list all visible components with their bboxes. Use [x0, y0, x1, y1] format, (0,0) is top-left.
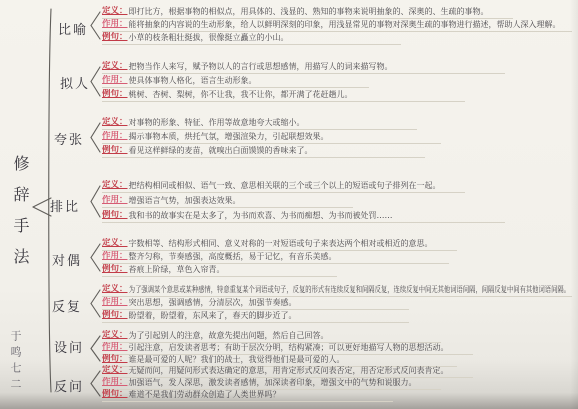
example-row: 例句：我和书的故事实在是太多了，为书而欢喜、为书而痴想、为书而被处罚……: [102, 210, 505, 223]
row-label: 作用：: [102, 131, 128, 142]
definition-row: 定义：字数相等、结构形式相同、意义对称的一对短语或句子来表达两个相对或相近的意思…: [102, 238, 457, 251]
connector-path: [91, 258, 100, 272]
signature: 于鸣七二: [7, 330, 23, 394]
row-label: 定义：: [102, 284, 128, 295]
definition-row: 定义：即打比方，根据事物的相似点，用具体的、浅显的、熟知的事物来说明抽象的、深奥…: [102, 6, 513, 19]
branch-label-4: 排比: [50, 196, 80, 215]
connector-path: [91, 371, 100, 384]
row-label: 作用：: [102, 75, 128, 86]
row-text: 整齐匀称，节奏感强，高度概括，易于记忆，有音乐美感。: [128, 251, 337, 262]
connector-path: [91, 304, 100, 318]
branch-label-7: 设问: [54, 337, 84, 356]
connector-path: [91, 26, 100, 40]
branch-label-6: 反复: [52, 296, 82, 315]
row-label: 例句：: [102, 32, 128, 43]
connector-path: [91, 138, 100, 153]
row-label: 例句：: [102, 389, 128, 400]
connector-path: [91, 123, 100, 138]
page-title: 修辞手法: [9, 155, 32, 279]
row-label: 定义：: [102, 330, 128, 341]
connector-path: [91, 82, 100, 97]
branch-label-2: 拟人: [60, 73, 90, 92]
row-text: 使具体事物人格化，语言生动形象。: [128, 75, 257, 86]
row-label: 例句：: [102, 310, 128, 321]
row-label: 定义：: [102, 61, 128, 72]
function-row: 作用：增强语言气势，加强表达效果。: [102, 195, 353, 208]
connector-path: [91, 349, 100, 362]
row-text: 我和书的故事实在是太多了，为书而欢喜、为书而痴想、为书而被处罚……: [128, 210, 393, 221]
row-label: 定义：: [102, 180, 128, 191]
row-text: 即打比方，根据事物的相似点，用具体的、浅显的、熟知的事物来说明抽象的、深奥的、生…: [128, 6, 489, 17]
row-text: 对事物的形象、特征、作用等故意地夸大或缩小。: [128, 117, 305, 128]
row-text: 加强语气，发人深思，激发读者感情，加深读者印象，增强文中的气势和说服力。: [128, 377, 417, 388]
row-text: 难道不是我们劳动群众创造了人类世界吗？: [128, 389, 281, 400]
row-label: 定义：: [102, 6, 128, 17]
row-label: 作用：: [102, 251, 128, 262]
row-text: 字数相等、结构形式相同、意义对称的一对短语或句子来表达两个相对或相近的意思。: [128, 238, 433, 249]
row-text: 把结构相同或相似、语气一致、意思相关联的三个或三个以上的短语或句子排列在一起。: [128, 180, 441, 191]
definition-row: 定义：为了强调某个意思或某种感情，特意重复某个词语或句子，反复的形式有连续反复和…: [102, 284, 572, 297]
connector-path: [91, 290, 100, 304]
row-text: 为了强调某个意思或某种感情，特意重复某个词语或句子，反复的形式有连续反复和间隔反…: [128, 284, 570, 295]
row-text: 谁是最可爱的人呢？我们的战士，我觉得他们是最可爱的人。: [128, 354, 345, 365]
row-label: 例句：: [102, 210, 128, 221]
row-text: 揭示事物本质，烘托气氛，增强渲染力，引起联想效果。: [128, 131, 329, 142]
example-row: 例句：苔痕上阶绿，草色入帘青。: [102, 264, 337, 277]
branch-label-3: 夸张: [54, 129, 84, 148]
function-row: 作用：使具体事物人格化，语言生动形象。: [102, 75, 369, 88]
row-text: 增强语言气势，加强表达效果。: [128, 195, 241, 206]
row-label: 作用：: [102, 377, 128, 388]
connector-path: [91, 186, 100, 202]
row-label: 作用：: [102, 195, 128, 206]
connector-path: [91, 202, 100, 218]
row-label: 定义：: [102, 365, 128, 376]
example-row: 例句：桃树、杏树、梨树，你不让我，我不让你，都开满了花赶趟儿。: [102, 89, 465, 102]
row-label: 作用：: [102, 297, 128, 308]
row-text: 突出思想，强调感情，分清层次，加强节奏感。: [128, 297, 297, 308]
row-text: 为了引起别人的注意，故意先提出问题，然后自己回答。: [128, 330, 329, 341]
row-text: 看见这样鲜绿的麦苗，就嗅出白面馍馍的香味来了。: [128, 145, 313, 156]
branch-label-5: 对偶: [52, 250, 82, 269]
row-label: 作用：: [102, 19, 128, 30]
row-label: 例句：: [102, 145, 128, 156]
connector-path: [91, 336, 100, 349]
row-label: 例句：: [102, 354, 128, 365]
row-label: 定义：: [102, 238, 128, 249]
row-text: 小草的枝条粗壮挺拔，很像挺立矗立的小山。: [128, 32, 289, 43]
connector-path: [91, 12, 100, 26]
branch-label-8: 反问: [54, 376, 84, 395]
function-row: 作用：突出思想，强调感情，分清层次，加强节奏感。: [102, 297, 409, 310]
row-text: 引起注意，启发读者思考；有助于层次分明，结构紧凑；可以更好地描写人物的思想活动。: [128, 342, 449, 353]
function-row: 作用：揭示事物本质，烘托气氛，增强渲染力，引起联想效果。: [102, 131, 441, 144]
row-text: 苔痕上阶绿，草色入帘青。: [128, 264, 225, 275]
row-label: 定义：: [102, 117, 128, 128]
row-text: 把物当作人来写，赋予物以人的言行或思想感情，用描写人的词来描写物。: [128, 61, 393, 72]
row-text: 能将抽象的内容说的生动形象，给人以鲜明深刻的印象，用浅显常见的事物对深奥生疏的事…: [128, 19, 561, 30]
example-row: 例句：看见这样鲜绿的麦苗，就嗅出白面馍馍的香味来了。: [102, 145, 425, 158]
row-text: 桃树、杏树、梨树，你不让我，我不让你，都开满了花赶趟儿。: [128, 89, 353, 100]
notebook-page: 修辞手法 于鸣七二 比喻定义：即打比方，根据事物的相似点，用具体的、浅显的、熟知…: [0, 0, 578, 409]
branch-label-1: 比喻: [58, 19, 88, 38]
example-row: 例句：小草的枝条粗壮挺拔，很像挺立矗立的小山。: [102, 32, 401, 45]
connector-path: [91, 67, 100, 82]
example-row: 例句：盼望着，盼望着，东风来了，春天的脚步近了。: [102, 310, 409, 323]
row-text: 盼望着，盼望着，东风来了，春天的脚步近了。: [128, 310, 297, 321]
connector-path: [91, 384, 100, 397]
definition-row: 定义：把物当作人来写，赋予物以人的言行或思想感情，用描写人的词来描写物。: [102, 61, 505, 74]
row-label: 例句：: [102, 89, 128, 100]
row-label: 作用：: [102, 342, 128, 353]
row-text: 无疑而问，用疑问形式表达确定的意思，用肯定形式反问表否定，用否定形式反问表肯定。: [128, 365, 449, 376]
definition-row: 定义：对事物的形象、特征、作用等故意地夸大或缩小。: [102, 117, 417, 130]
connector-path: [91, 244, 100, 258]
function-row: 作用：能将抽象的内容说的生动形象，给人以鲜明深刻的印象，用浅显常见的事物对深奥生…: [102, 19, 572, 32]
example-row: 例句：难道不是我们劳动群众创造了人类世界吗？: [102, 389, 393, 402]
function-row: 作用：整齐匀称，节奏感强，高度概括，易于记忆，有音乐美感。: [102, 251, 449, 264]
row-label: 例句：: [102, 264, 128, 275]
definition-row: 定义：把结构相同或相似、语气一致、意思相关联的三个或三个以上的短语或句子排列在一…: [102, 180, 465, 193]
